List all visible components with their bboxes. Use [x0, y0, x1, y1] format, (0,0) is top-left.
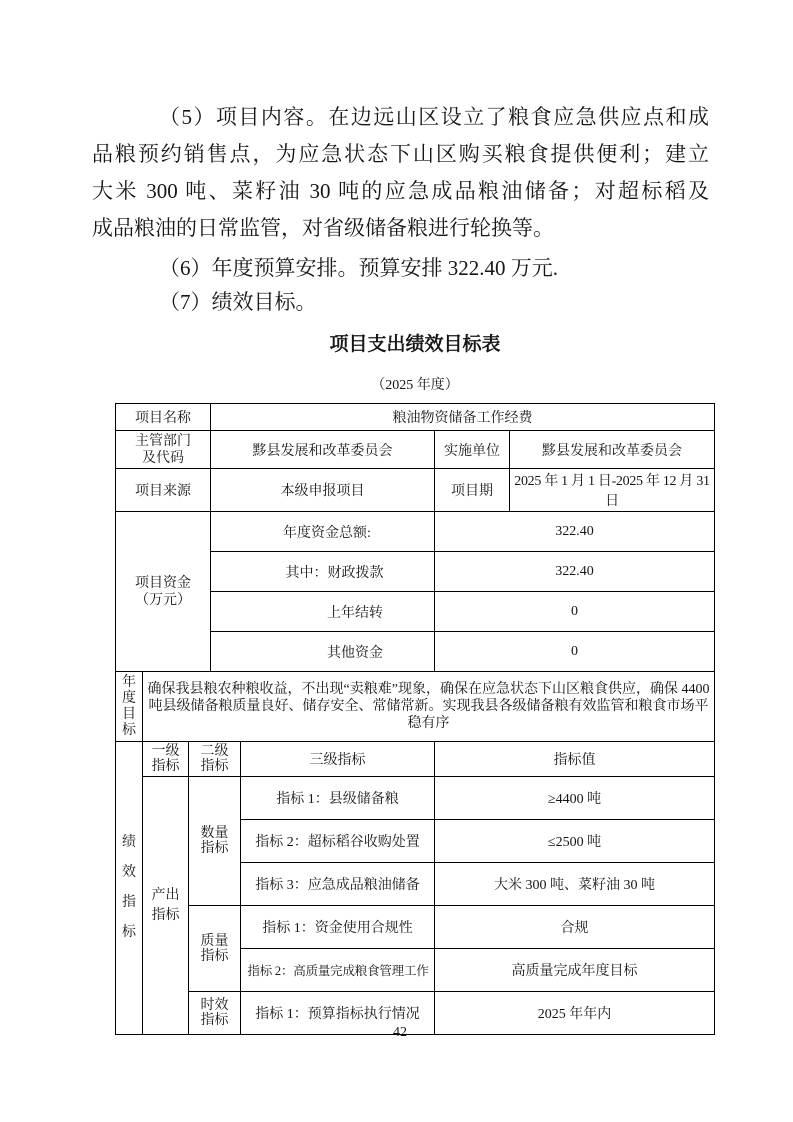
funds-total-label: 年度资金总额:: [211, 512, 435, 552]
project-period-value: 2025 年 1 月 1 日-2025 年 12 月 31 日: [510, 469, 715, 512]
project-period-label: 项目期: [435, 469, 510, 512]
indicator-value: ≤2500 吨: [435, 820, 715, 863]
department-value: 黟县发展和改革委员会: [211, 431, 435, 469]
indicator-value: 高质量完成年度目标: [435, 949, 715, 992]
indicator-value: 合规: [435, 906, 715, 949]
funds-fiscal-label: 其中：财政拨款: [211, 552, 435, 592]
paragraph-budget: （6）年度预算安排。预算安排 322.40 万元.: [92, 250, 709, 287]
funds-fiscal-value: 322.40: [435, 552, 715, 592]
indicator-name: 指标 2：超标稻谷收购处置: [241, 820, 435, 863]
funds-total-value: 322.40: [435, 512, 715, 552]
paragraph-project-content: （5）项目内容。在边远山区设立了粮食应急供应点和成 品粮预约销售点，为应急状态下…: [92, 99, 709, 247]
paragraph-line: 品粮预约销售点，为应急状态下山区购买粮食提供便利；建立: [92, 136, 709, 173]
funds-other-label: 其他资金: [211, 632, 435, 672]
paragraph-performance-goal: （7）绩效目标。: [92, 284, 709, 321]
level2-quality-indicator: 质量 指标: [189, 906, 241, 992]
table-title: 项目支出绩效目标表: [92, 329, 738, 356]
header-level1: 一级 指标: [143, 742, 189, 777]
funds-other-value: 0: [435, 632, 715, 672]
level1-output-indicator: 产出 指标: [143, 777, 189, 1035]
indicator-name: 指标 1：资金使用合规性: [241, 906, 435, 949]
implementing-unit-value: 黟县发展和改革委员会: [510, 431, 715, 469]
performance-target-table: 项目名称 粮油物资储备工作经费 主管部门 及代码 黟县发展和改革委员会 实施单位…: [115, 403, 715, 1035]
table-subtitle: （2025 年度）: [92, 374, 738, 394]
indicator-value: 大米 300 吨、菜籽油 30 吨: [435, 863, 715, 906]
project-name-value: 粮油物资储备工作经费: [211, 404, 715, 431]
project-source-label: 项目来源: [116, 469, 211, 512]
project-funds-label: 项目资金 （万元）: [116, 512, 211, 672]
annual-goal-label: 年度目标: [116, 672, 143, 742]
indicator-value: ≥4400 吨: [435, 777, 715, 820]
header-level2: 二级 指标: [189, 742, 241, 777]
indicator-name: 指标 2：高质量完成粮食管理工作: [241, 949, 435, 992]
indicator-name: 指标 1：县级储备粮: [241, 777, 435, 820]
header-level3: 三级指标: [241, 742, 435, 777]
funds-carryover-value: 0: [435, 592, 715, 632]
project-name-label: 项目名称: [116, 404, 211, 431]
level2-quantity-indicator: 数量 指标: [189, 777, 241, 906]
indicator-name: 指标 3：应急成品粮油储备: [241, 863, 435, 906]
paragraph-line: （5）项目内容。在边远山区设立了粮食应急供应点和成: [92, 99, 709, 136]
header-indicator-value: 指标值: [435, 742, 715, 777]
project-source-value: 本级申报项目: [211, 469, 435, 512]
page-number: 42: [0, 1025, 793, 1041]
paragraph-line: 成品粮油的日常监管，对省级储备粮进行轮换等。: [92, 210, 709, 247]
paragraph-line: 大米 300 吨、菜籽油 30 吨的应急成品粮油储备；对超标稻及: [92, 173, 709, 210]
annual-goal-text: 确保我县粮农种粮收益，不出现“卖粮难”现象，确保在应急状态下山区粮食供应，确保 …: [143, 672, 715, 742]
document-page: （5）项目内容。在边远山区设立了粮食应急供应点和成 品粮预约销售点，为应急状态下…: [0, 0, 793, 1122]
performance-indicator-label: 绩效指标: [116, 742, 143, 1035]
funds-carryover-label: 上年结转: [211, 592, 435, 632]
implementing-unit-label: 实施单位: [435, 431, 510, 469]
department-label: 主管部门 及代码: [116, 431, 211, 469]
